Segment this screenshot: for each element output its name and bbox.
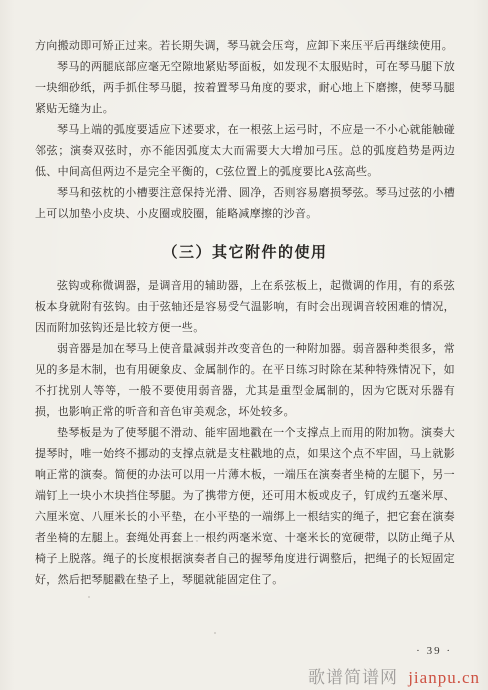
- page-number: · 39 ·: [416, 645, 452, 657]
- paragraph-fine-tuner: 弦钩或称微调器，是调音用的辅助器，上在系弦板上，起微调的作用，有的系弦板本身就附…: [35, 276, 455, 339]
- watermark-site-domain: jianpu.cn: [408, 668, 480, 687]
- paragraph-continuation: 方向搬动即可矫正过来。若长期失调，琴马就会压弯，应卸下来压平后再继续使用。: [35, 36, 455, 57]
- watermark: 歌谱简谱网 jianpu.cn: [308, 663, 480, 688]
- paragraph-mute: 弱音器是加在琴马上使音量减弱并改变音色的一种附加器。弱音器种类很多，常见的多是木…: [35, 339, 455, 423]
- page-text-block: 方向搬动即可矫正过来。若长期失调，琴马就会压弯，应卸下来压平后再继续使用。 琴马…: [35, 36, 455, 591]
- paragraph-bridge-grooves: 琴马和弦枕的小槽要注意保持光滑、圆净，否则容易磨损琴弦。琴马过弦的小槽上可以加垫…: [35, 183, 455, 225]
- watermark-site-name: 歌谱简谱网: [308, 668, 398, 687]
- scanned-book-page: 方向搬动即可矫正过来。若长期失调，琴马就会压弯，应卸下来压平后再继续使用。 琴马…: [0, 0, 488, 690]
- paragraph-bridge-feet: 琴马的两腿底部应毫无空隙地紧贴琴面板，如发现不太服贴时，可在琴马腿下放一块细砂纸…: [35, 57, 455, 120]
- scan-speckle: [196, 540, 198, 542]
- scan-speckle: [452, 452, 454, 454]
- scan-speckle: [214, 632, 216, 634]
- scan-speckle: [88, 596, 90, 598]
- paragraph-bridge-curve: 琴马上端的弧度要适应下述要求，在一根弦上运弓时，不应是一不小心就能触碰邻弦；演奏…: [35, 120, 455, 183]
- paragraph-endpin-rest: 垫琴板是为了使琴腿不滑动、能牢固地戳在一个支撑点上而用的附加物。演奏大提琴时，唯…: [35, 423, 455, 591]
- section-heading: （三）其它附件的使用: [35, 241, 455, 262]
